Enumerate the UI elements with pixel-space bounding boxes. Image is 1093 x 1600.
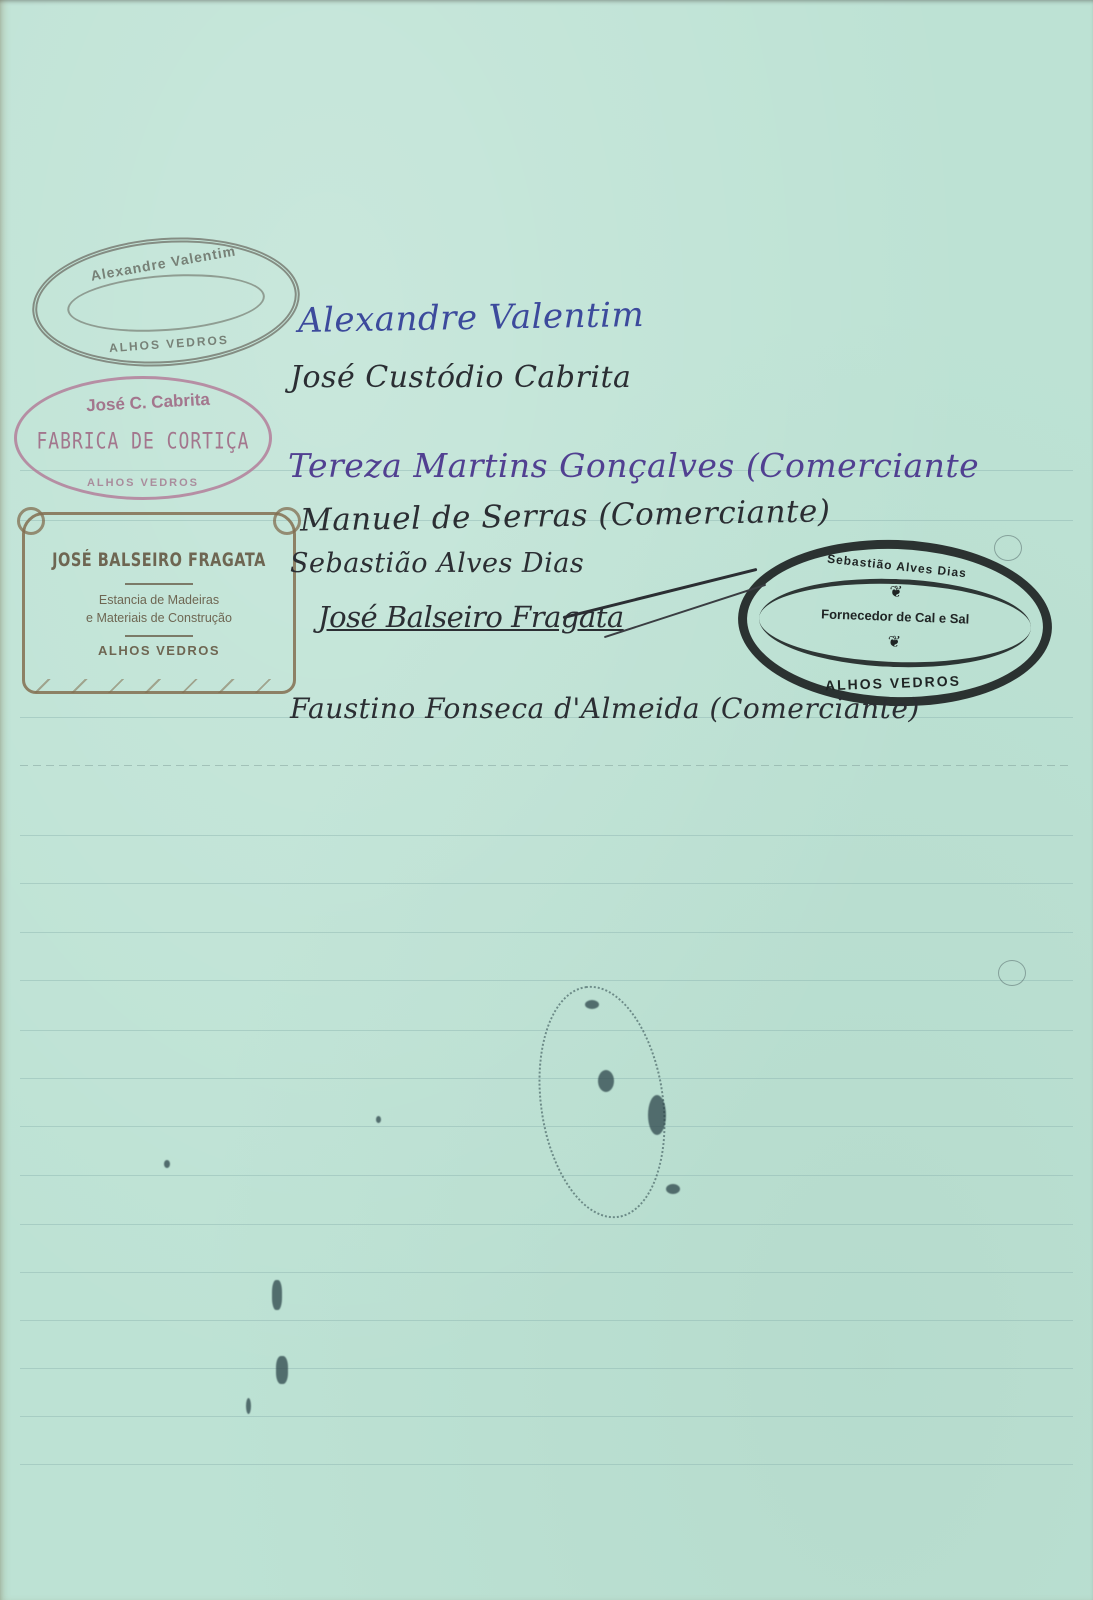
stamp-middle-text: FABRICA DE CORTIÇA bbox=[17, 428, 269, 454]
signature-sebastiao-alves-dias: Sebastião Alves Dias bbox=[290, 548, 584, 579]
stamp-ornament-border bbox=[31, 679, 287, 693]
ruled-line bbox=[20, 932, 1073, 933]
ink-blot bbox=[666, 1184, 680, 1194]
stamp-bottom-text: ALHOS VEDROS bbox=[17, 477, 269, 489]
signature-alexandre-valentim: Alexandre Valentim bbox=[298, 295, 645, 341]
ruled-line bbox=[20, 1464, 1073, 1465]
stamp-jose-c-cabrita: José C. Cabrita FABRICA DE CORTIÇA ALHOS… bbox=[14, 376, 272, 500]
ink-blot bbox=[585, 1000, 599, 1009]
stamp-line-2: e Materiais de Construção bbox=[25, 611, 293, 625]
signature-jose-custodio-cabrita: José Custódio Cabrita bbox=[290, 360, 631, 395]
ruled-line bbox=[20, 1368, 1073, 1369]
ink-blot bbox=[648, 1095, 666, 1135]
stamp-name: JOSÉ BALSEIRO FRAGATA bbox=[25, 551, 293, 572]
stamp-top-text: José C. Cabrita bbox=[47, 388, 250, 419]
document-page: Alexandre Valentim ALHOS VEDROS José C. … bbox=[0, 0, 1093, 1600]
ruled-line bbox=[20, 1416, 1073, 1417]
stamp-town: ALHOS VEDROS bbox=[25, 643, 293, 658]
ink-blot bbox=[246, 1398, 251, 1414]
ink-blot bbox=[164, 1160, 170, 1168]
signature-tereza-martins-goncalves: Tereza Martins Gonçalves (Comerciante bbox=[288, 446, 979, 485]
ruled-line bbox=[20, 1224, 1073, 1225]
ink-blot bbox=[598, 1070, 614, 1092]
circle-mark bbox=[998, 960, 1026, 986]
signature-flourish bbox=[563, 568, 758, 619]
stamp-divider bbox=[125, 583, 193, 585]
stamp-alexandre-valentim: Alexandre Valentim ALHOS VEDROS bbox=[28, 229, 304, 375]
circle-mark bbox=[994, 535, 1022, 561]
signature-jose-balseiro-fragata: José Balseiro Fragata bbox=[318, 600, 624, 634]
stamp-jose-balseiro-fragata: JOSÉ BALSEIRO FRAGATA Estancia de Madeir… bbox=[22, 512, 296, 694]
ruled-line bbox=[20, 1320, 1073, 1321]
ink-blot bbox=[272, 1280, 282, 1310]
ink-blot bbox=[276, 1356, 288, 1384]
ruled-line bbox=[20, 835, 1073, 836]
signature-faustino-fonseca-dalmeida: Faustino Fonseca d'Almeida (Comerciante) bbox=[290, 692, 920, 725]
ruled-line bbox=[20, 1175, 1073, 1176]
ruled-line bbox=[20, 1272, 1073, 1273]
stamp-bottom-text: ALHOS VEDROS bbox=[40, 328, 298, 360]
ink-blot bbox=[376, 1116, 381, 1123]
stamp-divider bbox=[125, 635, 193, 637]
stamp-sebastiao-alves-dias: Sebastião Alves Dias ❦ Fornecedor de Cal… bbox=[735, 535, 1055, 712]
ruled-line bbox=[20, 980, 1073, 981]
signature-manuel-de-serras: Manuel de Serras (Comerciante) bbox=[300, 493, 831, 538]
stamp-line-1: Estancia de Madeiras bbox=[25, 593, 293, 607]
ruled-line bbox=[20, 883, 1073, 884]
ruled-line bbox=[20, 765, 1073, 766]
